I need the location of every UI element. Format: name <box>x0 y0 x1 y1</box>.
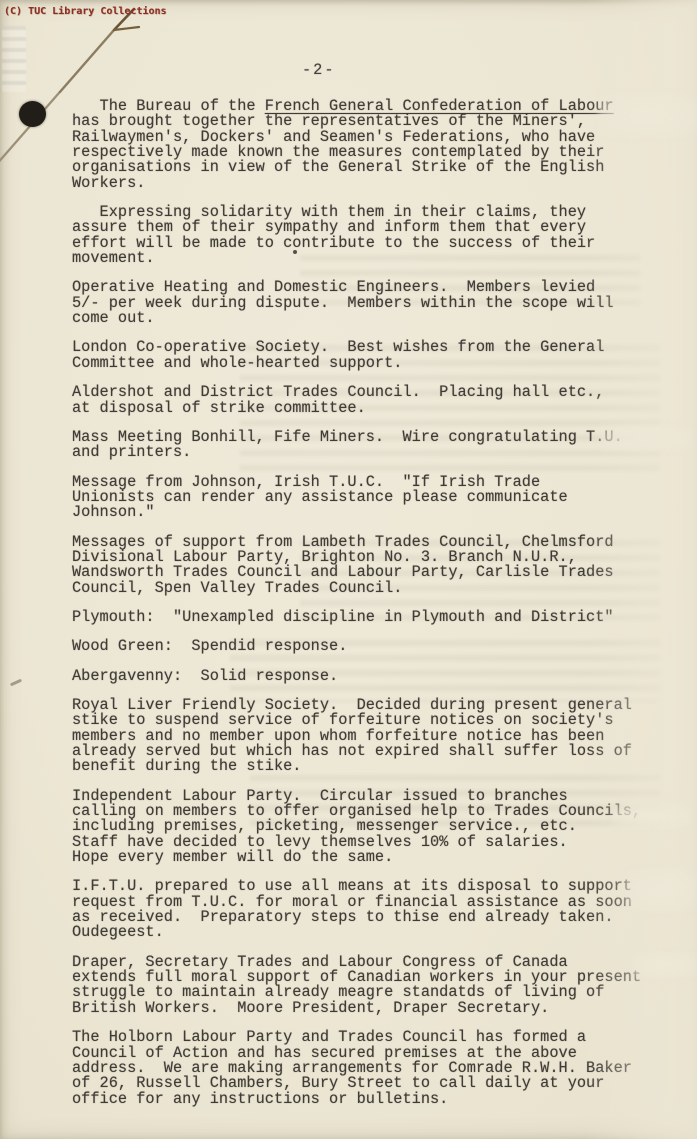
paragraph: The Holborn Labour Party and Trades Coun… <box>72 1030 678 1107</box>
punch-hole <box>19 101 46 127</box>
document-scan-page: (C) TUC Library Collections -2- The Bure… <box>0 0 697 1139</box>
typewritten-text-column: The Bureau of the French General Confede… <box>72 99 678 1121</box>
paragraph: Messages of support from Lambeth Trades … <box>72 535 678 596</box>
paragraph: Independent Labour Party. Circular issue… <box>72 789 678 866</box>
paragraph: Aldershot and District Trades Council. P… <box>72 385 678 416</box>
paragraph: Wood Green: Spendid response. <box>72 639 678 654</box>
underlined-phrase: French General Confederation of Labour <box>265 97 614 115</box>
paragraph: The Bureau of the French General Confede… <box>72 99 678 191</box>
paragraph: Operative Heating and Domestic Engineers… <box>72 280 678 326</box>
paragraph: Message from Johnson, Irish T.U.C. "If I… <box>72 475 678 521</box>
paragraph: I.F.T.U. prepared to use all means at it… <box>72 879 678 940</box>
pencil-dash-mark <box>10 679 22 687</box>
paragraph: London Co-operative Society. Best wishes… <box>72 340 678 371</box>
paragraph: Royal Liver Friendly Society. Decided du… <box>72 698 678 775</box>
ink-dot <box>293 250 297 254</box>
page-number: -2- <box>302 61 336 79</box>
copyright-watermark: (C) TUC Library Collections <box>4 6 167 18</box>
scan-edge-artifact <box>2 26 26 92</box>
paragraph: Draper, Secretary Trades and Labour Cong… <box>72 955 678 1016</box>
paragraph: Abergavenny: Solid response. <box>72 669 678 684</box>
paragraph: Plymouth: "Unexampled discipline in Plym… <box>72 610 678 625</box>
paragraph: Mass Meeting Bonhill, Fife Miners. Wire … <box>72 430 678 461</box>
paragraph: Expressing solidarity with them in their… <box>72 205 678 266</box>
